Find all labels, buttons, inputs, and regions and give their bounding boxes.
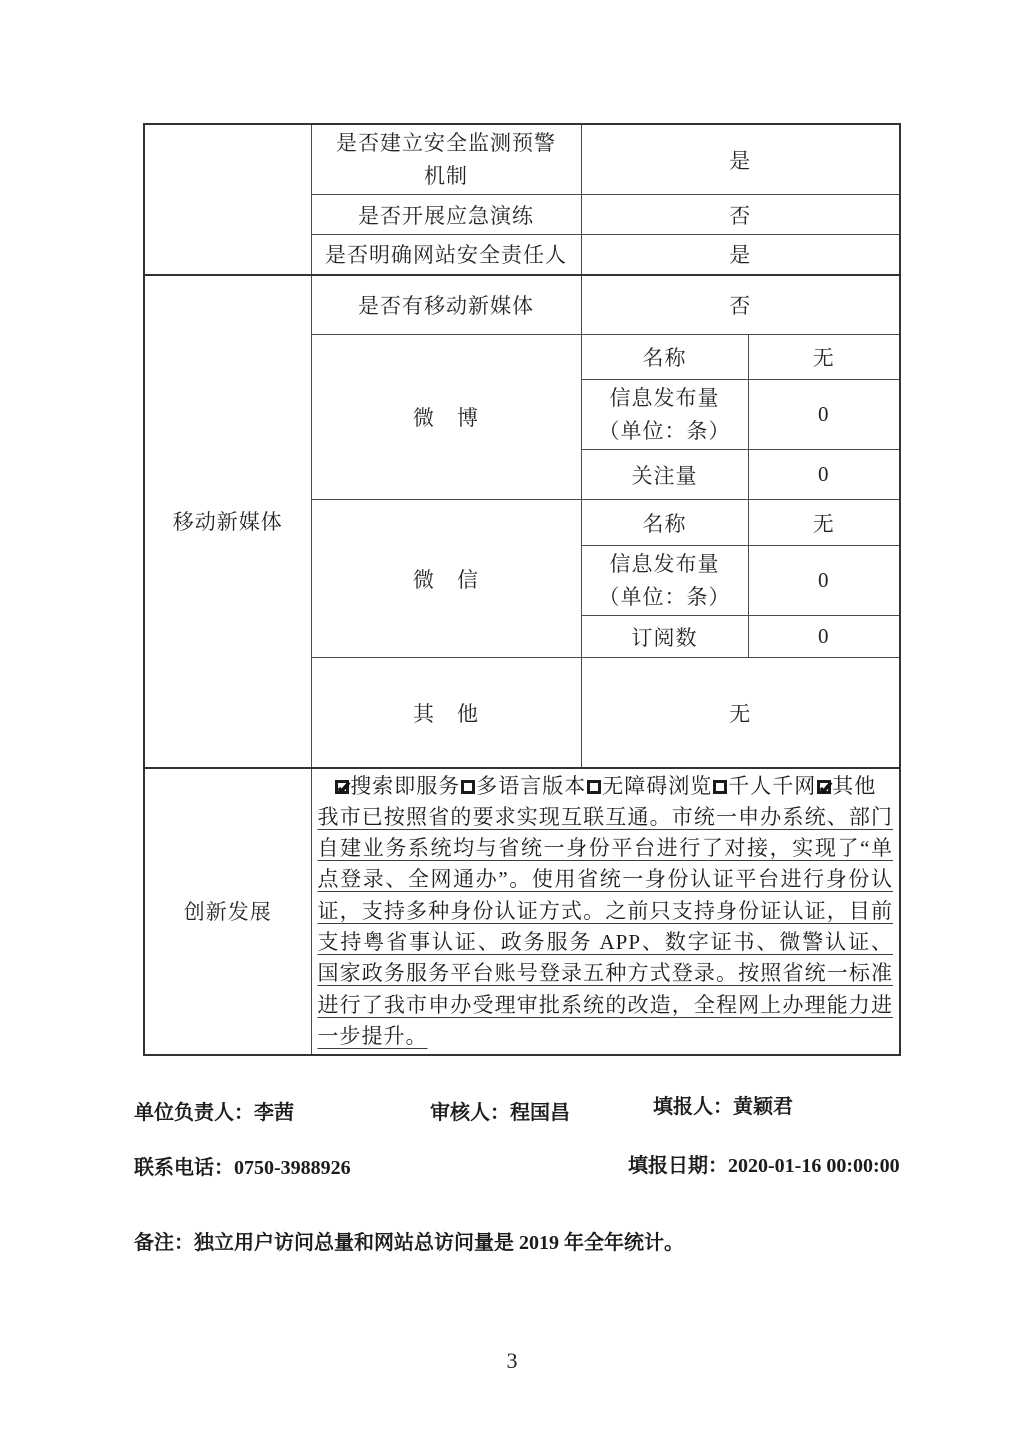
field-label: 名称	[581, 500, 748, 546]
auditor-label: 审核人：	[430, 1102, 510, 1124]
question-label: 是否有移动新媒体	[311, 275, 581, 335]
phone-label: 联系电话：	[134, 1157, 234, 1179]
section-label-mobile-media: 移动新媒体	[144, 275, 311, 768]
filler: 填报人：黄颖君	[653, 1090, 793, 1119]
field-value: 无	[748, 500, 900, 546]
responsible-label: 单位负责人：	[134, 1102, 254, 1124]
page-number: 3	[0, 1348, 1024, 1374]
answer-value: 是	[581, 235, 900, 275]
other-value: 无	[581, 658, 900, 768]
checkbox-icon	[335, 780, 349, 794]
responsible-person: 单位负责人：李茜	[134, 1096, 294, 1125]
auditor: 审核人：程国昌	[430, 1096, 570, 1125]
responsible-name: 李茜	[254, 1102, 294, 1124]
phone-number: 0750-3988926	[234, 1157, 351, 1179]
filler-name: 黄颖君	[733, 1096, 793, 1118]
filler-label: 填报人：	[653, 1096, 733, 1118]
field-value: 0	[748, 616, 900, 658]
answer-value: 否	[581, 195, 900, 235]
field-label: 信息发布量 （单位：条）	[581, 546, 748, 616]
question-label: 是否建立安全监测预警 机制	[311, 124, 581, 195]
innovation-description: 我市已按照省的要求实现互联互通。市统一申办系统、部门自建业务系统均与省统一身份平…	[318, 802, 894, 1052]
checkbox-label: 其他	[832, 774, 876, 798]
question-label: 是否开展应急演练	[311, 195, 581, 235]
field-label: 名称	[581, 335, 748, 380]
field-value: 0	[748, 546, 900, 616]
contact-phone: 联系电话：0750-3988926	[134, 1151, 351, 1180]
date-label: 填报日期：	[628, 1155, 728, 1177]
checkbox-label: 千人千网	[728, 774, 816, 798]
answer-value: 是	[581, 124, 900, 195]
remark-note: 备注：独立用户访问总量和网站总访问量是 2019 年全年统计。	[134, 1226, 684, 1255]
table-row: 是否建立安全监测预警 机制 是	[144, 124, 900, 195]
auditor-name: 程国昌	[510, 1102, 570, 1124]
feature-checkbox-row: 搜索即服务多语言版本无障碍浏览千人千网其他	[318, 771, 894, 802]
field-value: 0	[748, 380, 900, 450]
date-value: 2020-01-16 00:00:00	[728, 1155, 900, 1177]
report-date: 填报日期：2020-01-16 00:00:00	[628, 1149, 900, 1178]
checkbox-icon	[713, 780, 727, 794]
checkbox-label: 搜索即服务	[350, 774, 460, 798]
table-row: 移动新媒体 是否有移动新媒体 否	[144, 275, 900, 335]
answer-value: 否	[581, 275, 900, 335]
weibo-label: 微 博	[311, 335, 581, 500]
field-value: 无	[748, 335, 900, 380]
field-value: 0	[748, 450, 900, 500]
checkbox-label: 无障碍浏览	[602, 774, 712, 798]
table-row: 创新发展 搜索即服务多语言版本无障碍浏览千人千网其他 我市已按照省的要求实现互联…	[144, 768, 900, 1055]
checkbox-icon	[817, 780, 831, 794]
report-page: 是否建立安全监测预警 机制 是 是否开展应急演练 否 是否明确网站安全责任人 是…	[0, 0, 1024, 1448]
question-label: 是否明确网站安全责任人	[311, 235, 581, 275]
section-cell-empty	[144, 124, 311, 275]
checkbox-label: 多语言版本	[476, 774, 586, 798]
other-label: 其 他	[311, 658, 581, 768]
wechat-label: 微 信	[311, 500, 581, 658]
checkbox-icon	[587, 780, 601, 794]
annual-report-table: 是否建立安全监测预警 机制 是 是否开展应急演练 否 是否明确网站安全责任人 是…	[143, 123, 901, 1056]
field-label: 订阅数	[581, 616, 748, 658]
section-label-innovation: 创新发展	[144, 768, 311, 1055]
checkbox-icon	[461, 780, 475, 794]
innovation-content-cell: 搜索即服务多语言版本无障碍浏览千人千网其他 我市已按照省的要求实现互联互通。市统…	[311, 768, 900, 1055]
field-label: 信息发布量 （单位：条）	[581, 380, 748, 450]
field-label: 关注量	[581, 450, 748, 500]
